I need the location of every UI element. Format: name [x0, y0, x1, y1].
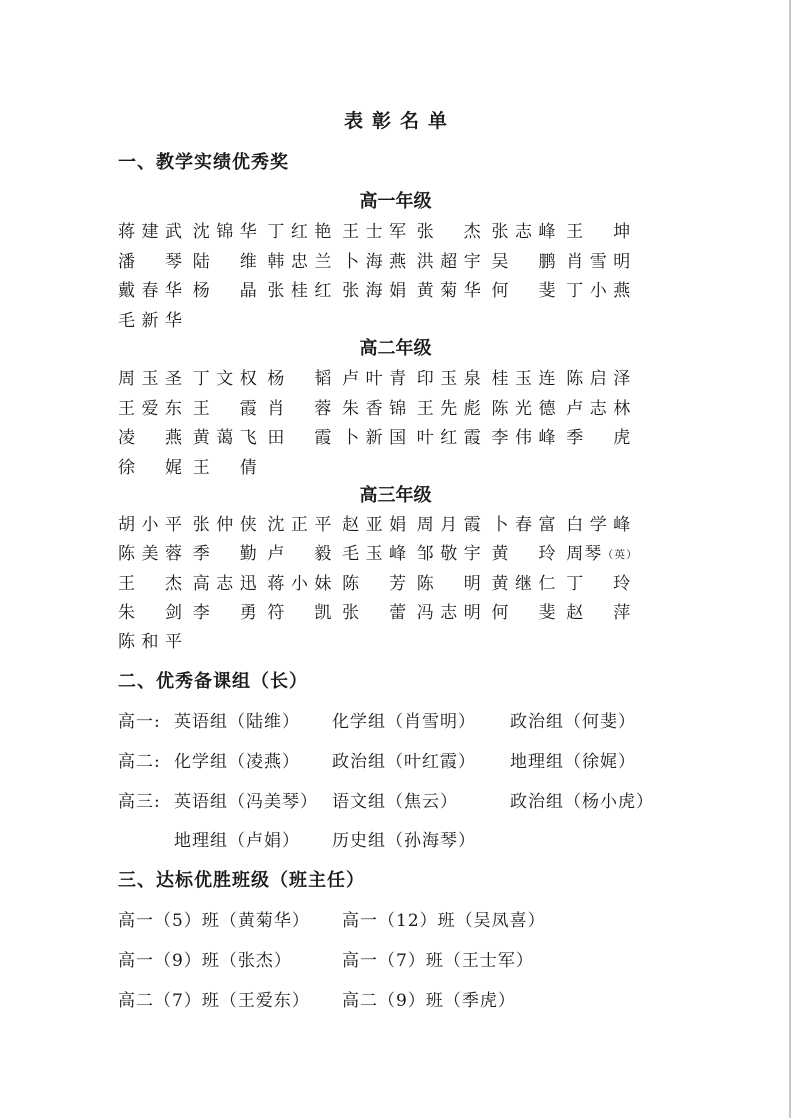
awardee-name: 何斐 [492, 276, 556, 301]
awardee-name: 潘琴 [118, 247, 182, 272]
awardee-name: 张蕾 [342, 598, 406, 623]
class-entry: 高二（7）班（王爱东） [118, 986, 310, 1011]
awardee-name: 杨韬 [267, 364, 331, 389]
awardee-name: 何斐 [492, 598, 556, 623]
awardee-name: 冯志明 [417, 598, 481, 623]
awardee-name: 季勤 [193, 539, 257, 564]
awardee-name: 徐娓 [118, 453, 182, 478]
awardee-name: 田霞 [267, 423, 331, 448]
awardee-name: 黄蔼飞 [193, 423, 257, 448]
awardee-name: 陈启泽 [566, 364, 630, 389]
awardee-name: 符凯 [267, 598, 331, 623]
awardee-name: 张海娟 [342, 276, 406, 301]
awardee-name: 朱香锦 [342, 394, 406, 419]
awardee-name: 丁红艳 [267, 217, 331, 242]
awardee-name: 毛新华 [118, 306, 182, 331]
awardee-name: 黄继仁 [492, 569, 556, 594]
awardee-name: 陈明 [417, 569, 481, 594]
awardee-name: 周琴（英） [566, 539, 638, 564]
group-entry: 化学组（凌燕） [174, 747, 300, 772]
awardee-name: 朱剑 [118, 598, 182, 623]
awardee-name: 王倩 [193, 453, 257, 478]
awardee-name: 丁小燕 [566, 276, 630, 301]
awardee-name: 李伟峰 [492, 423, 556, 448]
awardee-name: 王先彪 [417, 394, 481, 419]
awardee-name: 蒋建武 [118, 217, 182, 242]
document-title: 表彰名单 [0, 106, 791, 133]
awardee-name: 王士军 [342, 217, 406, 242]
awardee-name: 卜新国 [342, 423, 406, 448]
awardee-name: 王杰 [118, 569, 182, 594]
awardee-name: 肖蓉 [267, 394, 331, 419]
awardee-name: 戴春华 [118, 276, 182, 301]
awardee-name: 张桂红 [267, 276, 331, 301]
awardee-name: 陈美蓉 [118, 539, 182, 564]
awardee-name: 黄玲 [492, 539, 556, 564]
class-entry: 高一（5）班（黄菊华） [118, 906, 310, 931]
group-entry: 地理组（卢娟） [174, 826, 300, 851]
grade-heading-1: 高一年级 [0, 187, 791, 213]
group-entry: 英语组（陆维） [174, 707, 300, 732]
class-entry: 高一（7）班（王士军） [342, 946, 534, 971]
awardee-name: 凌燕 [118, 423, 182, 448]
awardee-name: 白学峰 [566, 510, 630, 535]
awardee-name: 卜春富 [492, 510, 556, 535]
awardee-name: 韩忠兰 [267, 247, 331, 272]
awardee-name: 杨晶 [193, 276, 257, 301]
awardee-name: 张杰 [417, 217, 481, 242]
grade-label: 高三: [118, 787, 161, 812]
group-entry: 历史组（孙海琴） [332, 826, 476, 851]
awardee-name: 张志峰 [492, 217, 556, 242]
awardee-name: 陈和平 [118, 627, 182, 652]
subject-note: （英） [602, 546, 638, 562]
section-heading-teaching-award: 一、教学实绩优秀奖 [118, 148, 289, 174]
awardee-name: 王爱东 [118, 394, 182, 419]
awardee-name: 陈光德 [492, 394, 556, 419]
group-entry: 英语组（冯美琴） [174, 787, 318, 812]
awardee-name: 洪超宇 [417, 247, 481, 272]
awardee-name: 周月霞 [417, 510, 481, 535]
awardee-name: 高志迅 [193, 569, 257, 594]
awardee-name: 毛玉峰 [342, 539, 406, 564]
awardee-name: 黄菊华 [417, 276, 481, 301]
awardee-name: 沈锦华 [193, 217, 257, 242]
awardee-name: 蒋小妹 [267, 569, 331, 594]
grade-label: 高二: [118, 747, 161, 772]
awardee-name: 桂玉连 [492, 364, 556, 389]
awardee-name: 卢叶青 [342, 364, 406, 389]
grade-label: 高一: [118, 707, 161, 732]
section-heading-top-classes: 三、达标优胜班级（班主任） [118, 866, 365, 892]
group-entry: 政治组（何斐） [510, 707, 636, 732]
awardee-name: 赵亚娟 [342, 510, 406, 535]
group-entry: 政治组（叶红霞） [332, 747, 476, 772]
awardee-name: 胡小平 [118, 510, 182, 535]
class-entry: 高二（9）班（季虎） [342, 986, 516, 1011]
awardee-name: 赵萍 [566, 598, 630, 623]
awardee-name: 吴鹏 [492, 247, 556, 272]
awardee-name: 王霞 [193, 394, 257, 419]
class-entry: 高一（12）班（吴凤喜） [342, 906, 546, 931]
awardee-name: 张仲侠 [193, 510, 257, 535]
grade-heading-3: 高三年级 [0, 481, 791, 507]
awardee-name: 李勇 [193, 598, 257, 623]
awardee-name: 邹敬宇 [417, 539, 481, 564]
group-entry: 语文组（焦云） [332, 787, 458, 812]
group-entry: 化学组（肖雪明） [332, 707, 476, 732]
section-heading-lesson-groups: 二、优秀备课组（长） [118, 667, 308, 693]
awardee-name: 丁文权 [193, 364, 257, 389]
awardee-name: 陈芳 [342, 569, 406, 594]
awardee-name: 叶红霞 [417, 423, 481, 448]
grade-heading-2: 高二年级 [0, 334, 791, 360]
class-entry: 高一（9）班（张杰） [118, 946, 292, 971]
group-entry: 政治组（杨小虎） [510, 787, 654, 812]
awardee-name: 卜海燕 [342, 247, 406, 272]
awardee-name: 丁玲 [566, 569, 630, 594]
awardee-name: 卢志林 [566, 394, 630, 419]
awardee-name: 季虎 [566, 423, 630, 448]
awardee-name: 印玉泉 [417, 364, 481, 389]
group-entry: 地理组（徐娓） [510, 747, 636, 772]
awardee-name: 沈正平 [267, 510, 331, 535]
awardee-name: 周玉圣 [118, 364, 182, 389]
awardee-name: 王坤 [566, 217, 630, 242]
awardee-name: 陆维 [193, 247, 257, 272]
awardee-name: 卢毅 [267, 539, 331, 564]
awardee-name: 肖雪明 [566, 247, 630, 272]
